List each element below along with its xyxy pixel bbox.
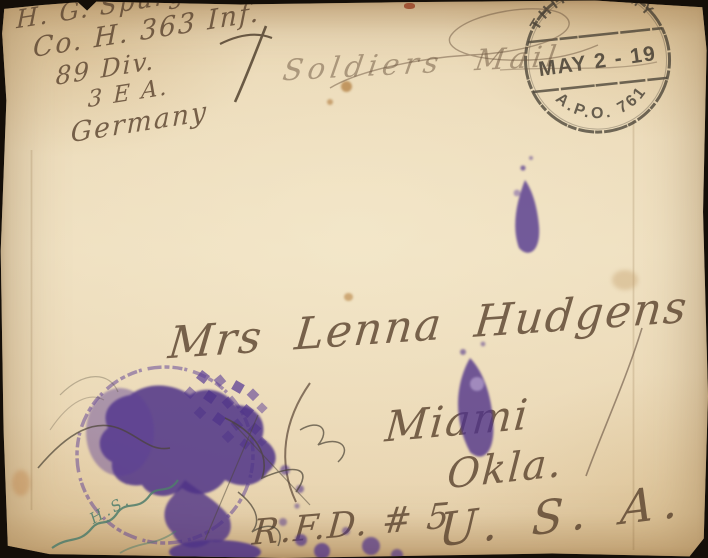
ink-smudge	[514, 156, 540, 253]
pen-flourish	[330, 9, 657, 88]
pen-stroke	[586, 328, 642, 476]
ink-marks-overlay	[0, 0, 708, 558]
pen-stroke	[285, 383, 310, 502]
envelope: THIRD ARMY MAY 2 - 19 A.P.O. 761 H. G. S…	[0, 0, 708, 558]
ink-smudge	[458, 342, 493, 457]
censor-stamp-blob	[86, 386, 403, 558]
crossout-stroke	[220, 26, 272, 102]
envelope-photo: THIRD ARMY MAY 2 - 19 A.P.O. 761 H. G. S…	[0, 0, 708, 558]
